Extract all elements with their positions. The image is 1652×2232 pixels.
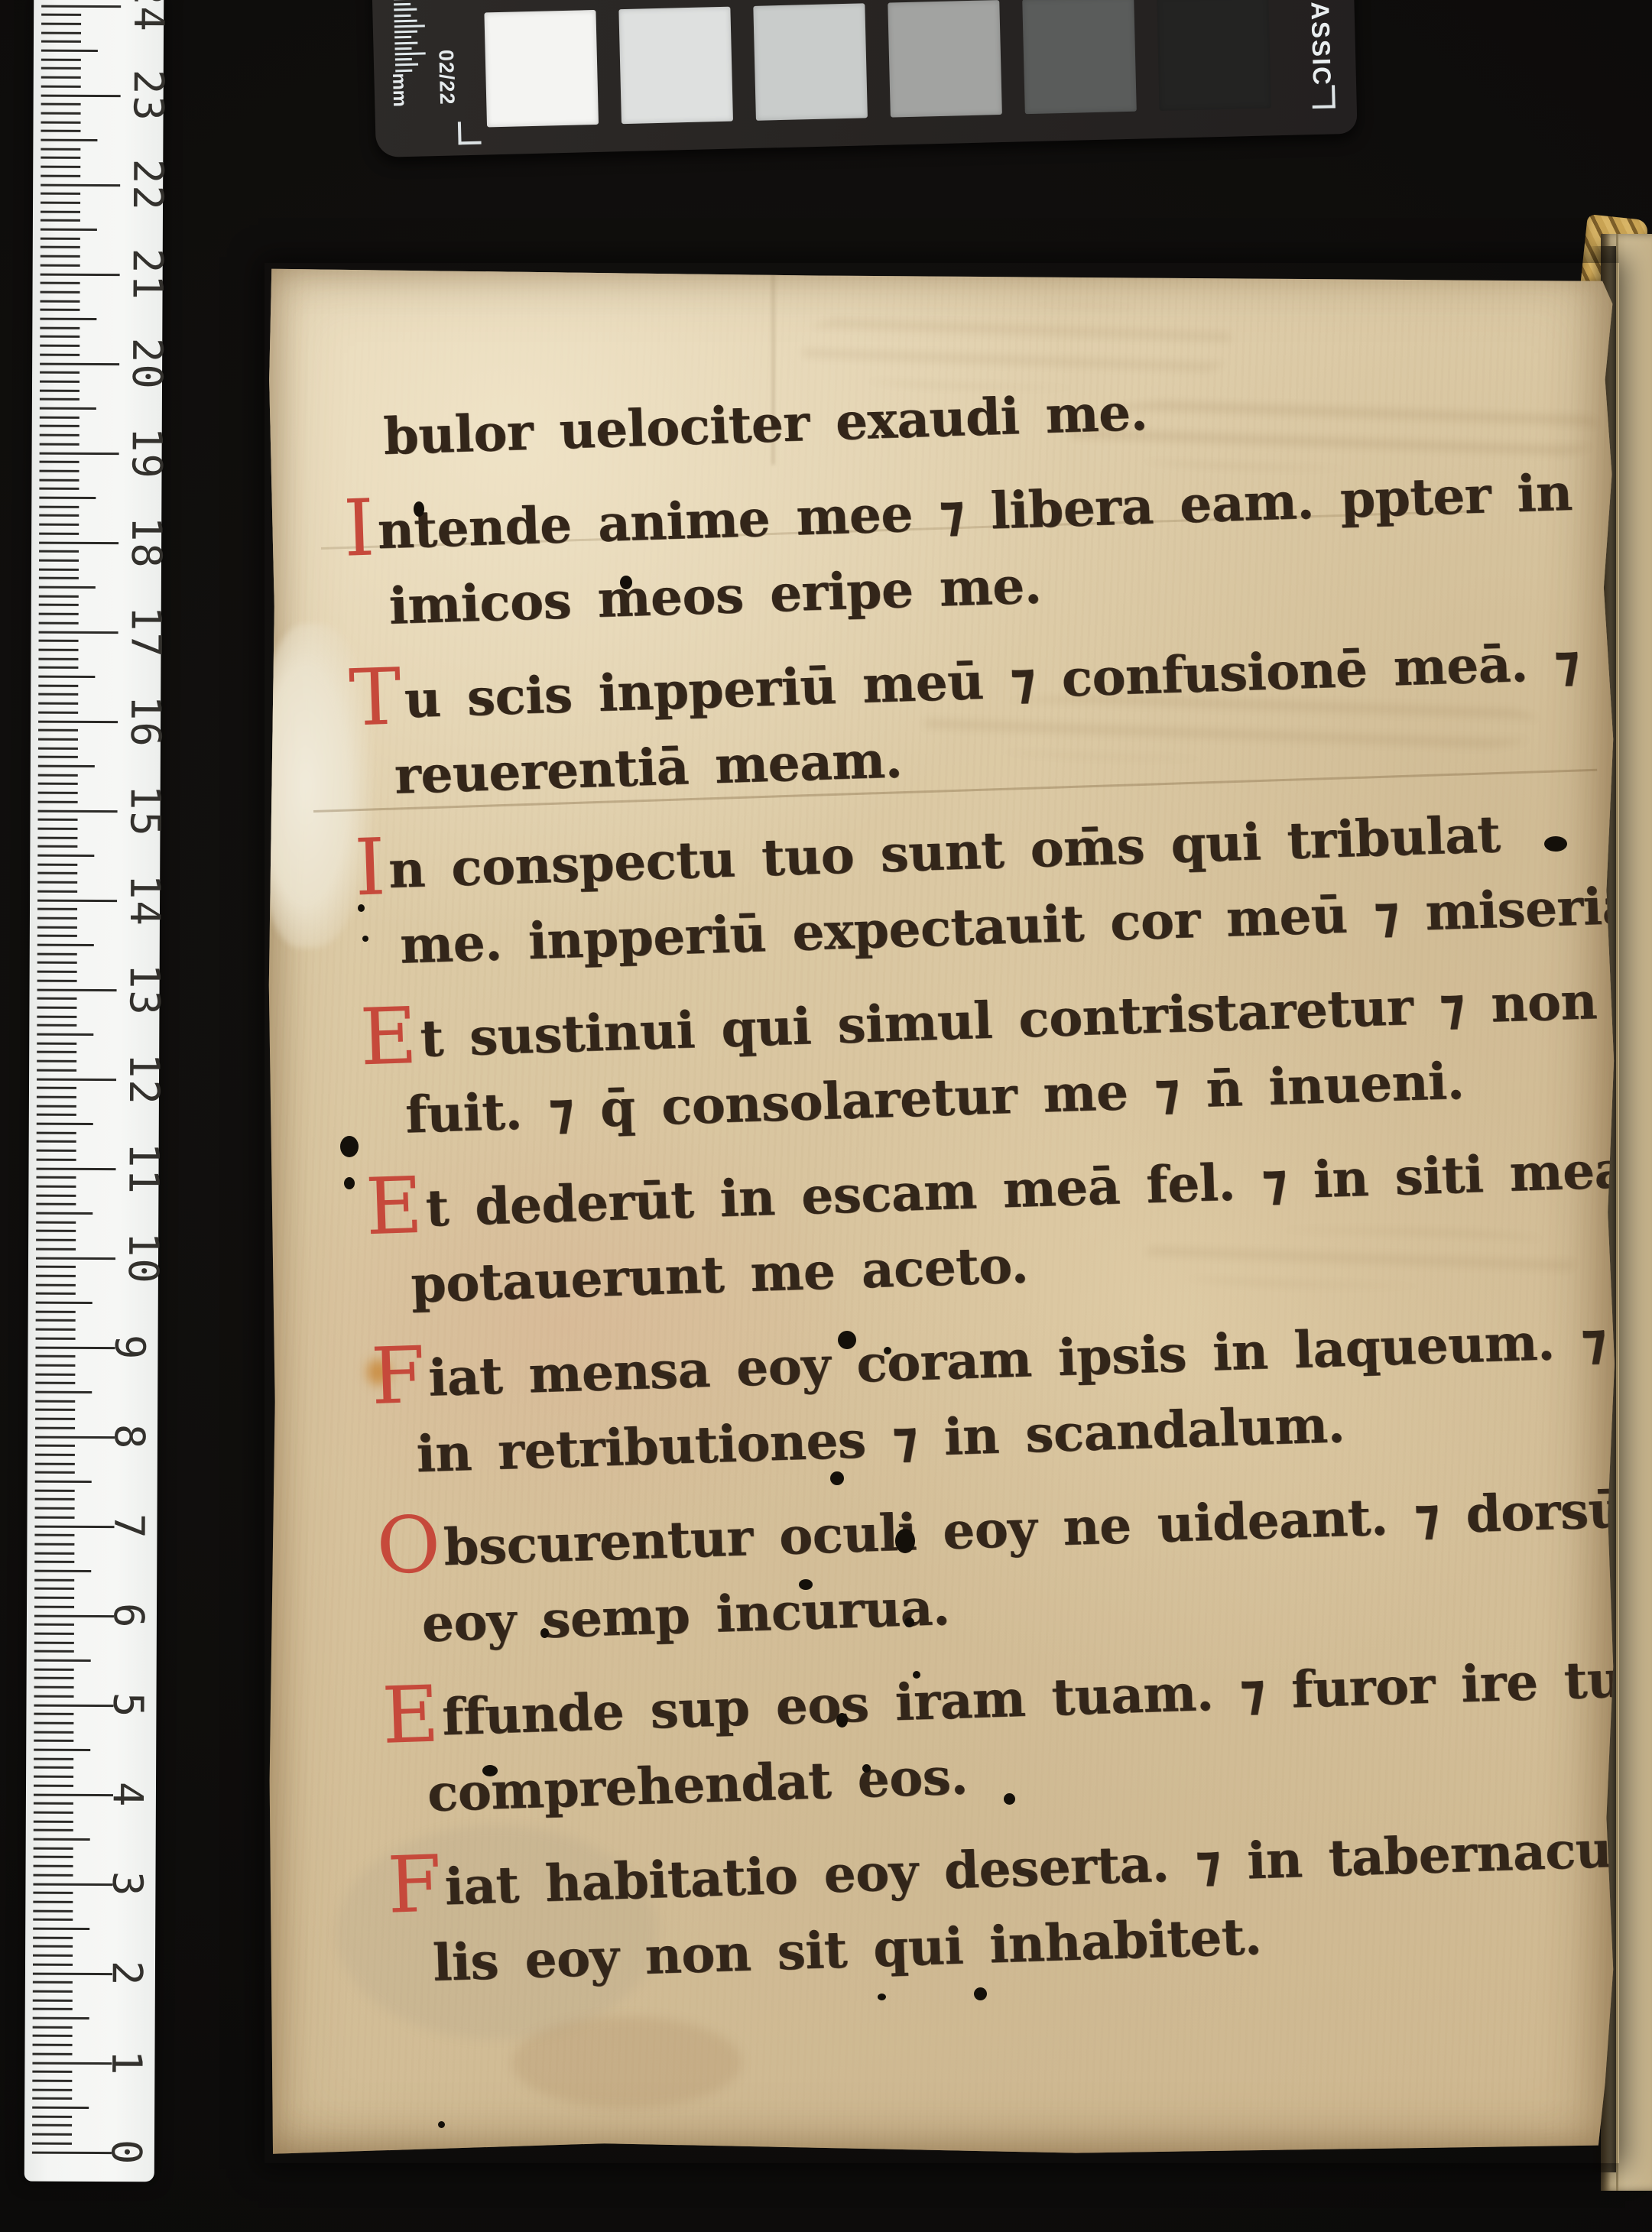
card-mm-tick xyxy=(394,8,417,11)
ruler-tick xyxy=(40,407,96,410)
ruler-tick xyxy=(38,711,78,713)
ruler-tick xyxy=(41,273,120,275)
ruler-tick xyxy=(34,1534,74,1536)
ruler-tick xyxy=(32,2115,72,2117)
ruler-tick xyxy=(38,720,118,722)
ruler-tick xyxy=(36,1346,115,1348)
ruler-number: 1 xyxy=(102,2050,151,2077)
ruler-tick xyxy=(33,1928,89,1930)
card-mm-tick xyxy=(394,36,411,39)
ruler-number: 18 xyxy=(122,517,170,569)
cm-ruler: 0123456789101112131415161718192021222324 xyxy=(24,0,164,2182)
ink-spot xyxy=(1004,1793,1015,1805)
ruler-tick xyxy=(37,1167,116,1170)
ruler-tick xyxy=(34,1865,73,1867)
ruler-tick xyxy=(34,1829,73,1831)
card-mm-tick xyxy=(394,41,417,44)
ruler-tick xyxy=(35,1400,75,1402)
ruler-tick xyxy=(35,1426,75,1429)
ruler-number: 15 xyxy=(121,785,169,838)
ruler-tick xyxy=(34,1543,74,1546)
ruler-tick xyxy=(37,1015,76,1017)
ruler-tick xyxy=(34,1812,73,1814)
ruler-tick xyxy=(32,2071,72,2073)
ruler-tick xyxy=(37,1069,76,1071)
card-mm-tick xyxy=(395,58,412,61)
ruler-tick xyxy=(39,560,79,562)
ruler-tick xyxy=(35,1436,115,1438)
ruler-tick xyxy=(41,148,80,150)
ink-spot xyxy=(620,576,632,589)
ruler-tick xyxy=(37,890,77,892)
ruler-tick xyxy=(38,649,78,651)
ruler-tick xyxy=(39,550,79,553)
ruler-tick xyxy=(38,800,78,803)
ruler-tick xyxy=(41,94,121,96)
ruler-tick xyxy=(34,1650,74,1653)
ruler-tick xyxy=(37,881,77,884)
ruler-tick xyxy=(34,1740,73,1742)
ruler-tick xyxy=(39,524,79,526)
ink-spot xyxy=(799,1579,813,1590)
ruler-tick xyxy=(37,1078,116,1080)
ruler-tick xyxy=(41,210,80,212)
ruler-tick xyxy=(40,381,80,383)
ruler-tick xyxy=(41,246,80,248)
ruler-tick xyxy=(40,416,80,418)
rubricated-initial: I xyxy=(353,822,387,913)
ruler-tick xyxy=(41,193,80,195)
ruler-tick xyxy=(32,2080,72,2082)
registration-corner-icon xyxy=(458,122,482,145)
ruler-tick xyxy=(36,1230,76,1232)
ruler-tick xyxy=(39,479,79,481)
ink-spot xyxy=(895,1529,915,1553)
ruler-tick xyxy=(40,353,80,355)
gray-patch-3 xyxy=(753,3,868,121)
ruler-tick xyxy=(40,362,119,365)
ruler-tick xyxy=(33,1919,73,1921)
ruler-tick xyxy=(40,398,80,401)
line-text: eoy semp incurua. xyxy=(421,1577,951,1653)
ruler-tick xyxy=(34,1847,73,1849)
ink-spot xyxy=(340,1136,359,1157)
ruler-tick xyxy=(33,1883,112,1885)
ruler-tick xyxy=(41,31,81,34)
ruler-tick xyxy=(34,1570,91,1572)
ruler-tick xyxy=(39,505,79,508)
gray-patch-5 xyxy=(1022,0,1137,114)
ruler-tick xyxy=(37,1158,76,1160)
ruler-tick xyxy=(33,2035,73,2037)
ruler-tick xyxy=(37,1007,76,1009)
ink-spot xyxy=(836,1713,848,1728)
ruler-tick xyxy=(34,1633,74,1635)
ruler-tick xyxy=(41,103,81,105)
ruler-tick xyxy=(35,1418,75,1420)
ruler-tick xyxy=(36,1319,76,1322)
ruler-tick xyxy=(32,2142,72,2144)
ruler-number: 14 xyxy=(121,874,169,927)
rubricated-initial: I xyxy=(342,482,376,574)
ruler-tick xyxy=(35,1445,75,1447)
ruler-tick xyxy=(41,85,81,87)
ruler-tick xyxy=(41,41,81,43)
ruler-tick xyxy=(37,1140,76,1143)
ruler-tick xyxy=(41,229,97,231)
gray-patch-6 xyxy=(1157,0,1271,111)
ruler-tick xyxy=(41,282,80,284)
ruler-tick xyxy=(41,219,80,222)
ruler-tick xyxy=(34,1605,74,1607)
ruler-tick xyxy=(34,1695,74,1697)
ruler-tick xyxy=(37,872,77,874)
ruler-number: 21 xyxy=(124,248,172,301)
ruler-tick xyxy=(35,1382,75,1384)
ruler-tick xyxy=(39,595,79,597)
ruler-tick xyxy=(33,1990,73,1993)
ruler-tick xyxy=(37,1123,93,1125)
ruler-tick xyxy=(37,855,94,857)
registration-corner-icon xyxy=(1312,85,1336,109)
ink-spot xyxy=(1544,836,1567,852)
ink-spot xyxy=(344,1177,355,1189)
rubricated-initial: E xyxy=(359,991,418,1083)
ink-spot xyxy=(974,1987,987,2000)
line-text: reuerentiā meam. xyxy=(394,729,903,805)
ruler-number: 5 xyxy=(104,1692,152,1719)
grayscale-patch-row xyxy=(484,0,1271,127)
ruler-tick xyxy=(41,139,97,141)
ruler-tick xyxy=(39,621,79,624)
ruler-tick xyxy=(35,1454,75,1456)
ruler-tick xyxy=(34,1793,113,1796)
ruler-tick xyxy=(37,899,117,901)
ruler-tick xyxy=(35,1507,75,1510)
ruler-tick xyxy=(36,1266,76,1268)
ruler-tick xyxy=(36,1247,76,1250)
ruler-number: 20 xyxy=(123,338,171,391)
ink-spot xyxy=(414,501,424,517)
ruler-number: 17 xyxy=(122,606,170,659)
ruler-tick xyxy=(34,1749,90,1751)
ink-spot xyxy=(878,1994,886,2000)
ruler-number: 13 xyxy=(120,964,168,1017)
ruler-tick xyxy=(37,828,77,830)
ruler-tick xyxy=(41,255,80,258)
ruler-tick xyxy=(34,1552,74,1554)
ruler-tick xyxy=(40,443,80,445)
photo-stage: 0123456789101112131415161718192021222324… xyxy=(0,0,1652,2232)
ink-spot xyxy=(884,1347,891,1354)
ruler-tick xyxy=(39,613,79,615)
card-mm-tick xyxy=(394,31,417,34)
ruler-tick xyxy=(40,434,80,436)
ruler-tick xyxy=(32,2097,72,2100)
ruler-tick xyxy=(34,1525,114,1527)
ruler-tick xyxy=(38,684,78,686)
ruler-tick xyxy=(38,819,78,821)
ruler-tick xyxy=(41,50,98,52)
ruler-tick xyxy=(35,1471,75,1474)
rubricated-initial: F xyxy=(370,1330,427,1423)
ruler-tick xyxy=(37,1105,76,1107)
gray-patch-1 xyxy=(484,10,599,128)
ruler-tick xyxy=(36,1302,92,1304)
ink-spot xyxy=(540,1628,549,1638)
ruler-tick xyxy=(34,1722,73,1724)
ruler-number: 3 xyxy=(103,1871,151,1898)
ruler-tick xyxy=(38,657,78,660)
ruler-tick xyxy=(39,532,79,534)
ruler-number: 22 xyxy=(124,159,172,212)
gray-patch-4 xyxy=(888,0,1002,118)
ink-spot xyxy=(358,904,365,912)
ruler-tick xyxy=(41,157,80,159)
ruler-tick xyxy=(33,1945,73,1948)
ruler-tick xyxy=(38,702,78,705)
ruler-tick xyxy=(41,166,80,168)
ruler-tick xyxy=(37,1131,76,1134)
ink-spot xyxy=(482,1765,498,1776)
ruler-tick xyxy=(39,631,118,633)
ruler-tick xyxy=(38,792,78,794)
rubricated-initial: O xyxy=(375,1499,442,1592)
ruler-tick xyxy=(35,1355,75,1358)
ruler-tick xyxy=(37,1114,76,1116)
line-text: imicos meos eripe me. xyxy=(388,555,1043,636)
ruler-tick xyxy=(38,783,78,785)
ruler-tick xyxy=(33,1999,73,2001)
card-mm-tick xyxy=(394,47,411,50)
ruler-tick xyxy=(39,541,118,543)
ruler-tick xyxy=(35,1373,75,1375)
ruler-number: 10 xyxy=(119,1232,167,1285)
ruler-tick xyxy=(39,577,79,579)
ruler-tick xyxy=(36,1275,76,1277)
ruler-tick xyxy=(39,488,79,490)
ruler-tick xyxy=(37,998,77,1000)
ruler-tick xyxy=(35,1391,92,1393)
ruler-tick xyxy=(36,1186,76,1188)
ruler-tick xyxy=(41,291,80,294)
ruler-tick xyxy=(36,1293,76,1295)
ruler-tick xyxy=(34,1588,74,1590)
ruler-tick xyxy=(34,1776,73,1778)
ruler-tick xyxy=(40,309,80,311)
ruler-tick xyxy=(34,1614,114,1617)
line-text: lis eoy non sit qui inhabitet. xyxy=(432,1906,1262,1993)
ruler-tick xyxy=(41,112,81,115)
ruler-tick xyxy=(38,729,78,732)
ruler-tick xyxy=(36,1239,76,1241)
ruler-tick xyxy=(33,1892,73,1894)
ruler-tick xyxy=(36,1203,76,1205)
ruler-number: 16 xyxy=(122,696,170,748)
line-text: in retributiones ⁊ in scandalum. xyxy=(416,1394,1346,1484)
ruler-number: 0 xyxy=(102,2140,151,2166)
ruler-tick xyxy=(33,1981,73,1984)
ruler-tick xyxy=(33,1955,73,1957)
ruler-tick xyxy=(32,2124,72,2127)
ruler-tick xyxy=(32,2133,72,2136)
ruler-tick xyxy=(38,738,78,741)
ruler-tick xyxy=(34,1641,74,1643)
line-text: potauerunt me aceto. xyxy=(410,1234,1029,1314)
ruler-tick xyxy=(36,1328,76,1331)
card-mm-tick xyxy=(394,3,411,6)
ruler-number: 8 xyxy=(105,1424,154,1451)
ruler-tick xyxy=(37,1051,76,1053)
ruler-tick xyxy=(41,23,81,25)
ruler-tick xyxy=(40,336,80,338)
ruler-tick xyxy=(40,300,80,302)
card-mm-tick xyxy=(394,19,417,22)
ruler-tick xyxy=(34,1659,91,1662)
ruler-tick xyxy=(34,1713,73,1715)
text-block: bulor uelociter exaudi me.Intende anime … xyxy=(382,353,1615,2006)
ruler-tick xyxy=(37,952,77,955)
ruler-tick xyxy=(37,1096,76,1098)
ruler-tick xyxy=(37,1033,93,1036)
ruler-tick xyxy=(40,345,80,347)
ruler-tick xyxy=(37,935,77,937)
ruler-tick xyxy=(38,676,95,678)
ruler-number: 12 xyxy=(120,1053,168,1106)
ruler-number: 4 xyxy=(104,1782,152,1809)
rubricated-initial: E xyxy=(364,1160,424,1253)
rubricated-initial: T xyxy=(348,651,403,744)
ruler-tick xyxy=(36,1194,76,1196)
ruler-tick xyxy=(37,988,117,991)
ruler-tick xyxy=(34,1704,113,1706)
line-text: comprehendat eos. xyxy=(427,1746,969,1823)
card-date-code: 02/22 xyxy=(433,50,459,105)
ruler-tick xyxy=(36,1176,76,1179)
ruler-tick xyxy=(38,693,78,696)
ruler-tick xyxy=(41,76,81,79)
ink-spot xyxy=(904,1617,914,1627)
ruler-tick xyxy=(41,14,81,16)
ink-spot xyxy=(830,1471,844,1485)
ruler-tick xyxy=(37,1024,76,1027)
ruler-tick xyxy=(35,1409,75,1411)
ruler-tick xyxy=(33,1972,112,1974)
ruler-tick xyxy=(37,979,77,981)
ruler-tick xyxy=(33,2008,73,2010)
ruler-tick xyxy=(34,1624,74,1626)
gray-patch-2 xyxy=(618,7,733,125)
ruler-tick xyxy=(38,765,95,767)
ruler-tick xyxy=(37,1087,76,1089)
ruler-tick xyxy=(38,667,78,669)
ruler-tick xyxy=(34,1757,73,1760)
ruler-tick xyxy=(32,2151,112,2153)
ruler-tick xyxy=(38,756,78,758)
ruler-tick xyxy=(37,908,77,910)
ruler-tick xyxy=(34,1686,74,1689)
ruler-tick xyxy=(37,971,77,973)
ruler-tick xyxy=(39,604,79,606)
ruler-tick xyxy=(33,1901,73,1903)
ruler-tick xyxy=(32,2052,72,2055)
ruler-tick xyxy=(35,1498,75,1500)
ruler-tick xyxy=(36,1283,76,1286)
ruler-tick xyxy=(34,1856,73,1858)
ruler-tick xyxy=(34,1731,73,1733)
ruler-tick xyxy=(41,121,81,123)
ruler-tick xyxy=(36,1310,76,1312)
ruler-tick xyxy=(41,67,81,70)
ink-spot xyxy=(362,936,368,942)
ruler-tick xyxy=(36,1212,92,1215)
ruler-tick xyxy=(40,470,80,472)
ruler-number: 24 xyxy=(125,0,173,33)
ruler-tick xyxy=(38,809,118,812)
ruler-tick xyxy=(40,389,80,391)
ruler-tick xyxy=(36,1337,76,1339)
ruler-tick xyxy=(41,183,120,186)
card-mm-tick xyxy=(394,14,411,17)
ruler-tick xyxy=(39,514,79,517)
ruler-tick xyxy=(38,747,78,749)
ruler-tick xyxy=(34,1766,73,1769)
ruler-tick xyxy=(33,1963,73,1965)
card-brand-text: er CLASSIC xyxy=(1303,0,1336,86)
ink-spot xyxy=(862,1764,871,1773)
ruler-tick xyxy=(40,425,80,427)
ruler-tick xyxy=(37,1150,76,1152)
ruler-tick xyxy=(33,1874,73,1876)
ruler-tick xyxy=(37,962,77,964)
rubricated-initial: E xyxy=(381,1669,440,1762)
ruler-tick xyxy=(34,1838,90,1841)
ruler-tick xyxy=(39,497,96,499)
card-mm-tick xyxy=(394,24,425,28)
ruler-tick xyxy=(36,1257,115,1259)
ruler-number: 9 xyxy=(105,1335,154,1361)
ruler-number: 19 xyxy=(122,427,170,480)
ruler-tick xyxy=(41,5,121,7)
ruler-tick xyxy=(41,264,80,266)
card-mm-tick xyxy=(395,52,426,55)
stain xyxy=(512,2016,742,2108)
ruler-tick xyxy=(37,1060,76,1062)
ruler-tick xyxy=(36,1221,76,1223)
ink-spot xyxy=(913,1671,920,1679)
ruler-number: 11 xyxy=(119,1143,167,1195)
ink-spot xyxy=(838,1331,856,1349)
ruler-tick xyxy=(40,326,80,329)
ruler-tick xyxy=(33,2017,89,2020)
ruler-tick xyxy=(39,568,79,570)
ruler-tick xyxy=(34,1820,73,1822)
ruler-tick xyxy=(37,944,94,946)
manuscript-page: bulor uelociter exaudi me.Intende anime … xyxy=(268,266,1615,2159)
ruler-tick xyxy=(37,863,77,865)
ruler-tick xyxy=(33,2044,73,2046)
ruler-number: 6 xyxy=(105,1603,153,1630)
ruler-number: 7 xyxy=(105,1513,153,1540)
ruler-tick xyxy=(32,2088,72,2091)
ruler-tick xyxy=(35,1516,75,1518)
card-mm-tick xyxy=(395,63,418,67)
ruler-tick xyxy=(40,318,96,320)
ruler-tick xyxy=(34,1677,74,1679)
ruler-tick xyxy=(37,926,77,928)
color-calibration-card: mm 02/22 er CLASSIC xyxy=(371,0,1357,157)
ruler-tick xyxy=(34,1578,74,1581)
